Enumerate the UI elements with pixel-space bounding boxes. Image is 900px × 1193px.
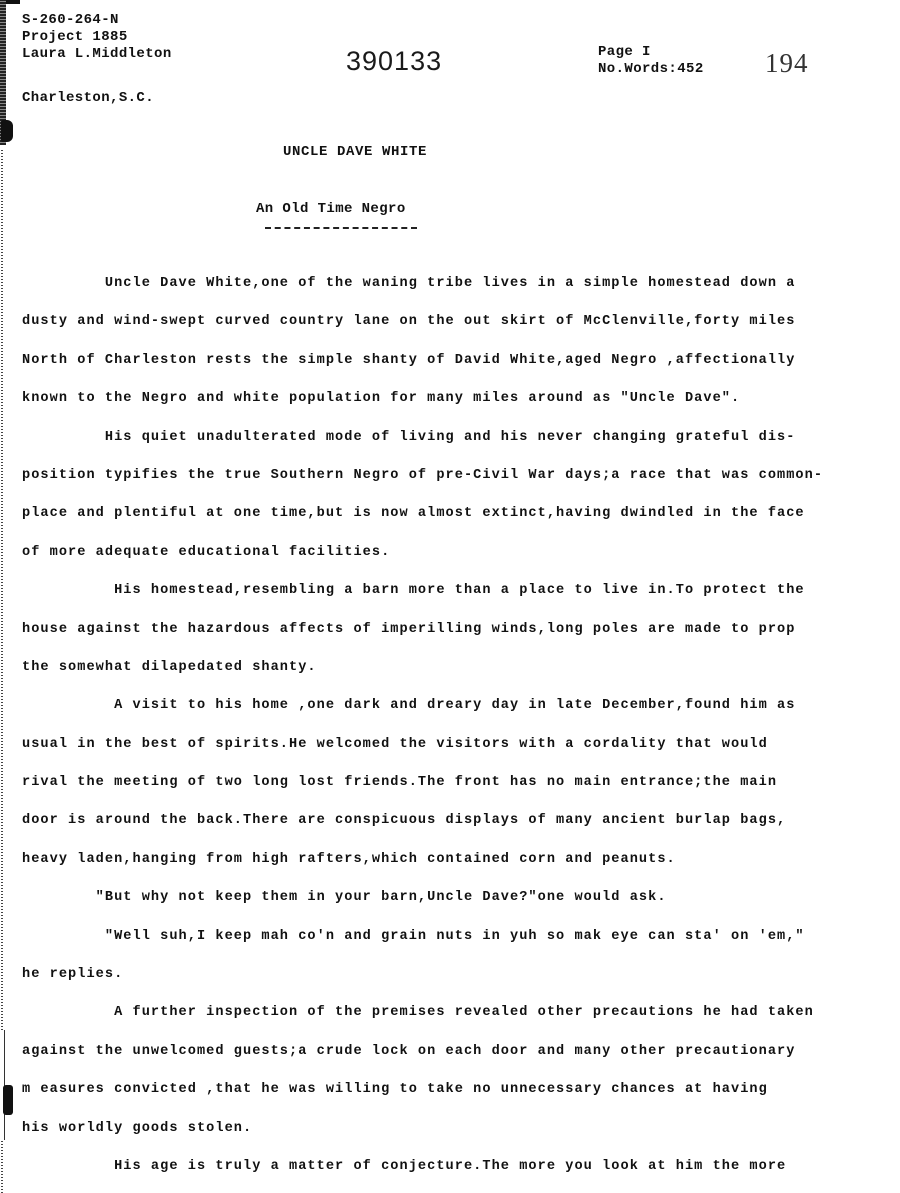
text-line: door is around the back.There are conspi… [22,809,822,847]
location: Charleston,S.C. [22,90,154,106]
text-line: against the unwelcomed guests;a crude lo… [22,1040,822,1078]
scan-blot [3,1085,13,1115]
text-line: he replies. [22,963,822,1001]
document-subtitle: An Old Time Negro [256,201,406,217]
text-line: position typifies the true Southern Negr… [22,464,822,502]
text-line: of more adequate educational facilities. [22,541,822,579]
text-line: house against the hazardous affects of i… [22,618,822,656]
document-title: UNCLE DAVE WHITE [283,144,427,160]
scan-edge-dots [1,150,3,1030]
text-line: "Well suh,I keep mah co'n and grain nuts… [22,925,822,963]
text-line: His quiet unadulterated mode of living a… [22,426,822,464]
text-line: A further inspection of the premises rev… [22,1001,822,1039]
stamp-number: 390133 [346,46,442,77]
word-count: No.Words:452 [598,61,704,78]
text-line: m easures convicted ,that he was willing… [22,1078,822,1116]
scan-edge-dots [1,1140,3,1193]
text-line: known to the Negro and white population … [22,387,822,425]
text-line: A visit to his home ,one dark and dreary… [22,694,822,732]
subtitle-underline [265,227,417,229]
text-line: dusty and wind-swept curved country lane… [22,310,822,348]
text-line: North of Charleston rests the simple sha… [22,349,822,387]
text-line: His age is truly a matter of conjecture.… [22,1155,822,1193]
text-line: "But why not keep them in your barn,Uncl… [22,886,822,924]
text-line: his worldly goods stolen. [22,1117,822,1155]
header-right: Page I No.Words:452 [598,44,704,78]
page-number: Page I [598,44,704,61]
project-number: Project 1885 [22,29,172,46]
text-line: place and plentiful at one time,but is n… [22,502,822,540]
file-code: S-260-264-N [22,12,172,29]
body-text: Uncle Dave White,one of the waning tribe… [22,272,822,1193]
scan-blot [1,120,13,142]
text-line: Uncle Dave White,one of the waning tribe… [22,272,822,310]
text-line: heavy laden,hanging from high rafters,wh… [22,848,822,886]
text-line: rival the meeting of two long lost frien… [22,771,822,809]
text-line: usual in the best of spirits.He welcomed… [22,733,822,771]
text-line: the somewhat dilapedated shanty. [22,656,822,694]
header-left: S-260-264-N Project 1885 Laura L.Middlet… [22,12,172,63]
author-name: Laura L.Middleton [22,46,172,63]
handwritten-number: 194 [765,48,809,79]
text-line: His homestead,resembling a barn more tha… [22,579,822,617]
